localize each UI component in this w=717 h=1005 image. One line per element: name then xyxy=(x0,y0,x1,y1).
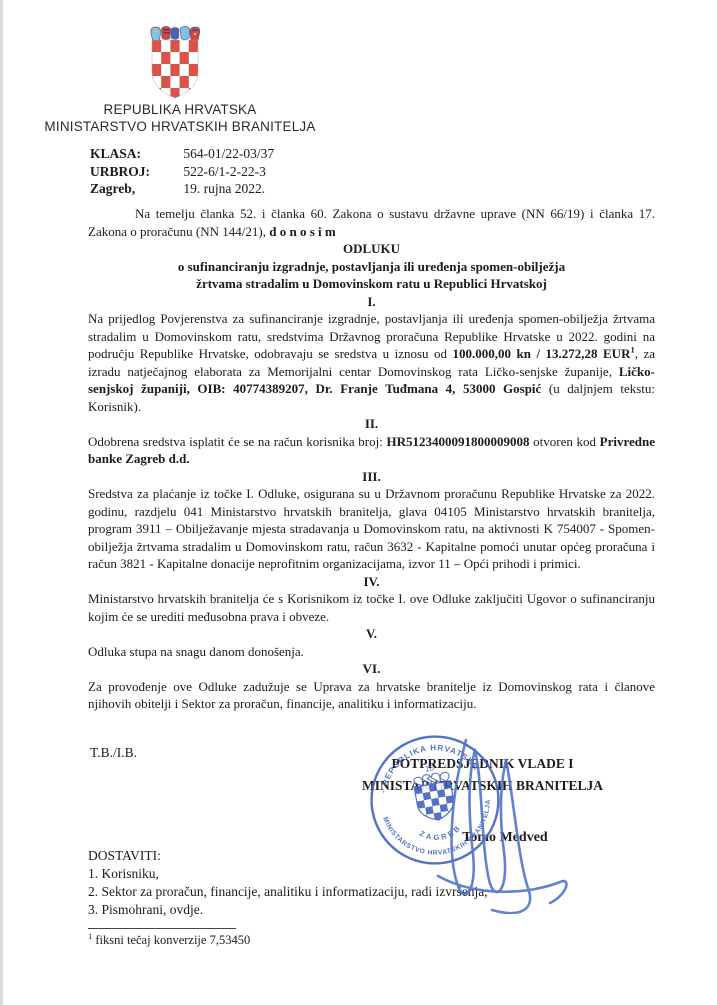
date-value: 19. rujna 2022. xyxy=(183,181,265,197)
section-paragraph-6: Za provođenje ove Odluke zadužuje se Upr… xyxy=(88,678,655,713)
section-numeral-1: I. xyxy=(88,293,655,311)
intro-paragraph: Na temelju članka 52. i članka 60. Zakon… xyxy=(88,205,655,240)
section-numeral-6: VI. xyxy=(88,660,655,678)
section-paragraph-4: Ministarstvo hrvatskih branitelja će s K… xyxy=(88,590,655,625)
section-numeral-3: III. xyxy=(88,468,655,486)
footnote-marker: 1 xyxy=(88,931,92,941)
decision-subtitle-2: žrtvama stradalim u Domovinskom ratu u R… xyxy=(88,275,655,293)
clerk-initials: T.B./I.B. xyxy=(90,745,137,761)
section-paragraph-3: Sredstva za plaćanje iz točke I. Odluke,… xyxy=(88,485,655,573)
document-page: REPUBLIKA HRVATSKA MINISTARSTVO HRVATSKI… xyxy=(0,0,717,1005)
klasa-label: KLASA: xyxy=(90,146,180,162)
section-numeral-2: II. xyxy=(88,415,655,433)
section-paragraph-5: Odluka stupa na snagu danom donošenja. xyxy=(88,643,655,661)
urbroj-label: URBROJ: xyxy=(90,164,180,180)
footnote-text: fiksni tečaj konverzije 7,53450 xyxy=(95,933,250,947)
meta-row-urbroj: URBROJ: 522-6/1-2-22-3 xyxy=(90,164,274,182)
section-numeral-5: V. xyxy=(88,625,655,643)
document-meta: KLASA: 564-01/22-03/37 URBROJ: 522-6/1-2… xyxy=(90,146,274,199)
document-body: Na temelju članka 52. i članka 60. Zakon… xyxy=(88,205,655,713)
croatian-coat-of-arms-icon xyxy=(150,26,200,100)
header-ministry: MINISTARSTVO HRVATSKIH BRANITELJA xyxy=(0,119,360,134)
decision-subtitle-1: o sufinanciranju izgradnje, postavljanja… xyxy=(88,258,655,276)
footnote: 1 fiksni tečaj konverzije 7,53450 xyxy=(88,928,250,948)
header-country: REPUBLIKA HRVATSKA xyxy=(0,102,360,117)
footnote-rule xyxy=(88,928,236,929)
meta-row-klasa: KLASA: 564-01/22-03/37 xyxy=(90,146,274,164)
decision-title: ODLUKU xyxy=(88,240,655,258)
section-paragraph-2: Odobrena sredstva isplatit će se na raču… xyxy=(88,433,655,468)
handwritten-signature xyxy=(408,726,588,914)
section-numeral-4: IV. xyxy=(88,573,655,591)
section-paragraph-1: Na prijedlog Povjerenstva za sufinancira… xyxy=(88,310,655,415)
meta-row-place-date: Zagreb, 19. rujna 2022. xyxy=(90,181,274,199)
urbroj-value: 522-6/1-2-22-3 xyxy=(183,164,265,180)
place-label: Zagreb, xyxy=(90,181,180,197)
klasa-value: 564-01/22-03/37 xyxy=(183,146,274,162)
scan-edge-artifact xyxy=(0,0,3,1005)
